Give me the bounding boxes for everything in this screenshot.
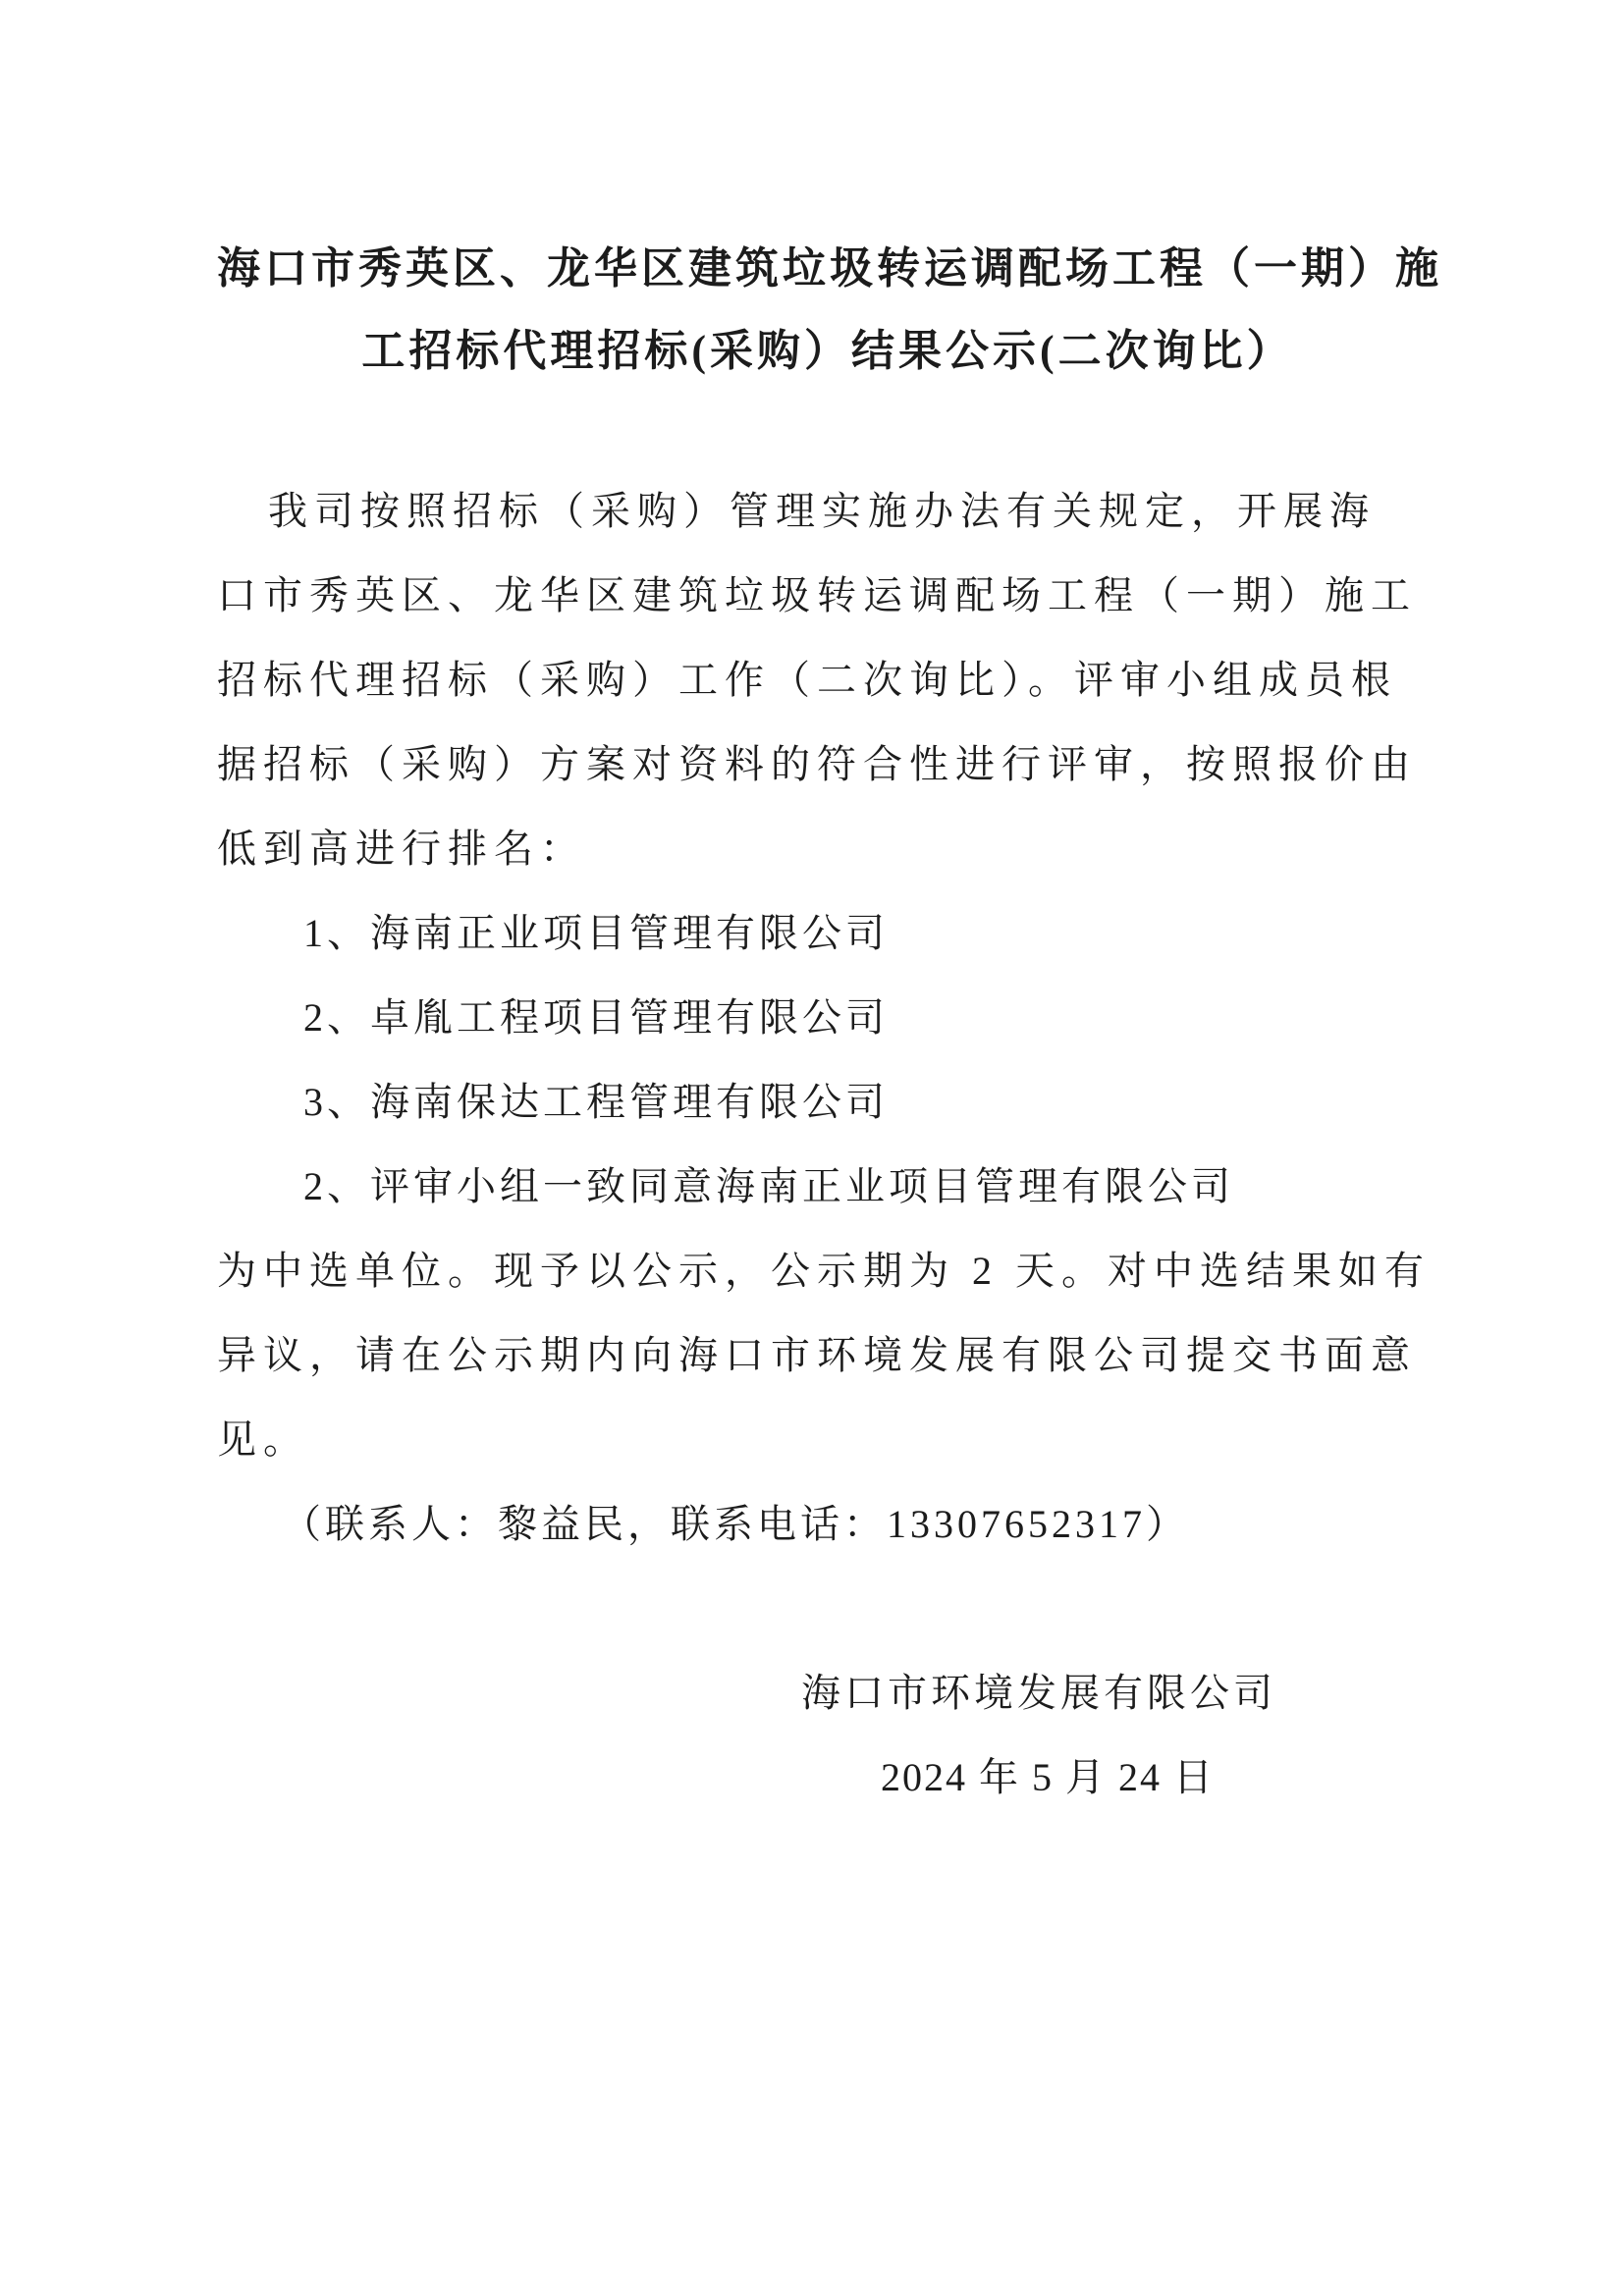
paragraph1-line-5: 低到高进行排名：: [217, 807, 1438, 891]
title-line-2: 工招标代理招标(采购）结果公示(二次询比）: [217, 310, 1438, 393]
paragraph2-line-2: 为中选单位。现予以公示，公示期为 2 天。对中选结果如有: [217, 1229, 1438, 1313]
paragraph2-line-4: 见。: [217, 1398, 1438, 1482]
title-line-1: 海口市秀英区、龙华区建筑垃圾转运调配场工程（一期）施: [217, 228, 1438, 310]
paragraph1-line-3: 招标代理招标（采购）工作（二次询比）。评审小组成员根: [217, 638, 1438, 722]
paragraph2-line-1: 2、评审小组一致同意海南正业项目管理有限公司: [217, 1145, 1438, 1229]
document-body: 我司按照招标（采购）管理实施办法有关规定，开展海 口市秀英区、龙华区建筑垃圾转运…: [217, 469, 1438, 1820]
paragraph1-line-2: 口市秀英区、龙华区建筑垃圾转运调配场工程（一期）施工: [217, 554, 1438, 638]
ranking-item-3: 3、海南保达工程管理有限公司: [217, 1060, 1438, 1145]
document-page: 海口市秀英区、龙华区建筑垃圾转运调配场工程（一期）施 工招标代理招标(采购）结果…: [0, 0, 1624, 2296]
ranking-item-2: 2、卓胤工程项目管理有限公司: [217, 976, 1438, 1060]
paragraph1-line-4: 据招标（采购）方案对资料的符合性进行评审，按照报价由: [217, 722, 1438, 807]
signature-company: 海口市环境发展有限公司: [217, 1651, 1438, 1735]
signature-date: 2024 年 5 月 24 日: [217, 1735, 1438, 1820]
paragraph1-line-1: 我司按照招标（采购）管理实施办法有关规定，开展海: [217, 469, 1438, 554]
signature-block: 海口市环境发展有限公司 2024 年 5 月 24 日: [217, 1651, 1438, 1820]
ranking-item-1: 1、海南正业项目管理有限公司: [217, 891, 1438, 976]
document-title: 海口市秀英区、龙华区建筑垃圾转运调配场工程（一期）施 工招标代理招标(采购）结果…: [217, 228, 1438, 393]
paragraph2-line-3: 异议，请在公示期内向海口市环境发展有限公司提交书面意: [217, 1313, 1438, 1398]
contact-line: （联系人：黎益民，联系电话：13307652317）: [217, 1482, 1438, 1567]
